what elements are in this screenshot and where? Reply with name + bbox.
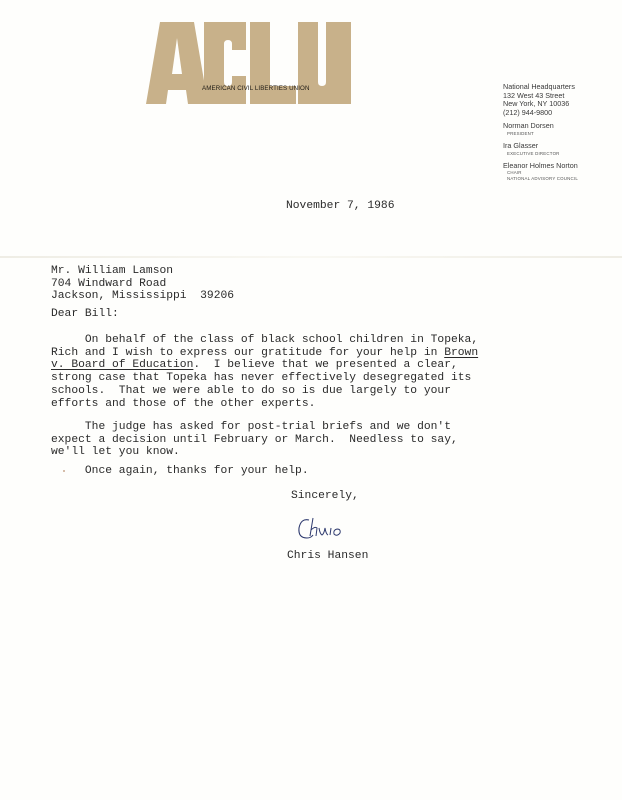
logo-caption: AMERICAN CIVIL LIBERTIES UNION — [202, 85, 310, 92]
letterhead-contact-block: National Headquarters 132 West 43 Street… — [503, 83, 621, 182]
salutation: Dear Bill: — [51, 308, 119, 321]
aclu-logo: AMERICAN CIVIL LIBERTIES UNION — [146, 22, 351, 104]
letter-page: AMERICAN CIVIL LIBERTIES UNION National … — [0, 0, 622, 800]
officer-executive-director: Ira Glasser EXECUTIVE DIRECTOR — [503, 142, 621, 157]
letter-date: November 7, 1986 — [286, 200, 394, 213]
hq-address: National Headquarters 132 West 43 Street… — [503, 83, 621, 117]
body-paragraph-3: Once again, thanks for your help. — [51, 465, 309, 478]
officer-president: Norman Dorsen PRESIDENT — [503, 122, 621, 137]
body-paragraph-1: On behalf of the class of black school c… — [51, 334, 478, 410]
body-paragraph-2: The judge has asked for post-trial brief… — [51, 421, 458, 459]
case-title-underlined: Brown — [444, 347, 478, 359]
signer-name: Chris Hansen — [287, 550, 368, 563]
case-title-underlined: v. Board of Education — [51, 359, 193, 371]
officer-chair: Eleanor Holmes Norton CHAIR NATIONAL ADV… — [503, 162, 621, 183]
recipient-address: Mr. William Lamson704 Windward RoadJacks… — [51, 265, 234, 303]
signature-icon — [295, 514, 355, 546]
closing: Sincerely, — [291, 490, 359, 503]
paper-fold-line — [0, 256, 622, 258]
paper-speck — [63, 470, 65, 472]
handwritten-signature — [295, 514, 355, 546]
